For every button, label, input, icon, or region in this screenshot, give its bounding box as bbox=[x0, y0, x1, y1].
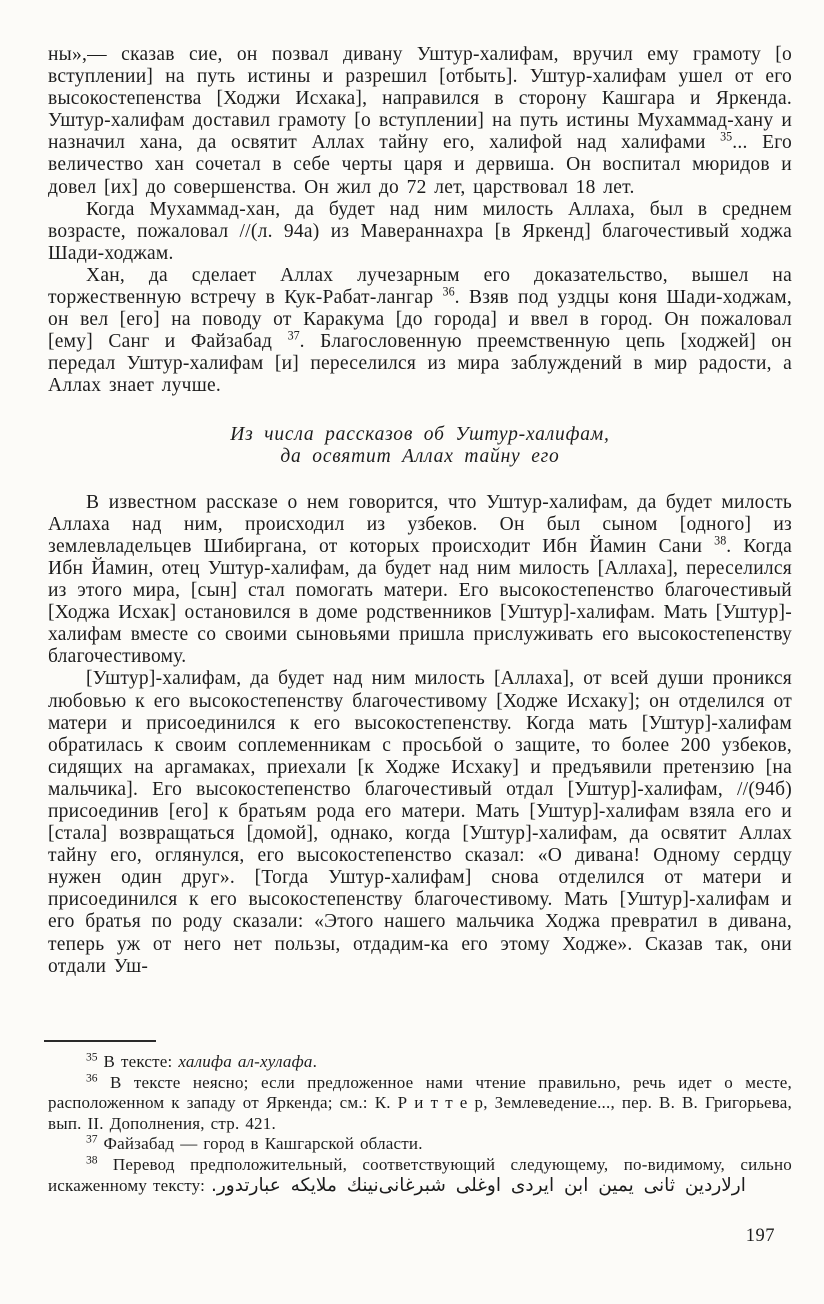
page-number: 197 bbox=[746, 1226, 775, 1247]
body-paragraph-1: ны»,— сказав сие, он позвал дивану Уштур… bbox=[48, 44, 792, 199]
footnote-ref-37: 37 bbox=[288, 329, 300, 343]
footnote-ref-38: 38 bbox=[714, 533, 726, 547]
footnote-number-35: 35 bbox=[86, 1050, 98, 1063]
italic-term: халифа ал-хулафа bbox=[178, 1052, 312, 1071]
section-heading-line: да освятит Аллах тайну его bbox=[48, 446, 792, 468]
section-heading-line: Из числа рассказов об Уштур-халифам, bbox=[48, 424, 792, 446]
footnote-ref-36: 36 bbox=[443, 285, 455, 299]
footnote-number-36: 36 bbox=[86, 1071, 98, 1084]
footnote-35: 35 В тексте: халифа ал-хулафа. bbox=[48, 1052, 792, 1073]
footnote-38: 38 Перевод предположительный, соответств… bbox=[48, 1155, 792, 1196]
section-heading: Из числа рассказов об Уштур-халифам,да о… bbox=[48, 424, 792, 468]
footnote-number-37: 37 bbox=[86, 1133, 98, 1146]
footnote-37: 37 Файзабад — город в Кашгарской области… bbox=[48, 1134, 792, 1155]
body-paragraph-5: В известном рассказе о нем говорится, чт… bbox=[48, 492, 792, 669]
footnote-36: 36 В тексте неясно; если предложенное на… bbox=[48, 1073, 792, 1135]
footnote-ref-35: 35 bbox=[720, 130, 732, 144]
main-text: ны»,— сказав сие, он позвал дивану Уштур… bbox=[48, 44, 792, 1044]
footnote-area: 35 В тексте: халифа ал-хулафа.36 В текст… bbox=[48, 1040, 792, 1196]
footnote-separator-rule bbox=[44, 1040, 156, 1042]
footnote-number-38: 38 bbox=[86, 1153, 98, 1166]
footnote-list: 35 В тексте: халифа ал-хулафа.36 В текст… bbox=[48, 1052, 792, 1196]
book-page: ны»,— сказав сие, он позвал дивану Уштур… bbox=[0, 0, 824, 1304]
body-paragraph-2: Когда Мухаммад-хан, да будет над ним мил… bbox=[48, 199, 792, 265]
arabic-script-quote: ارلاردين ثانى يمين ابن ايردى اوغلى شبرغا… bbox=[211, 1175, 746, 1196]
body-paragraph-6: [Уштур]-халифам, да будет над ним милост… bbox=[48, 668, 792, 977]
body-paragraph-3: Хан, да сделает Аллах лучезарным его док… bbox=[48, 265, 792, 398]
